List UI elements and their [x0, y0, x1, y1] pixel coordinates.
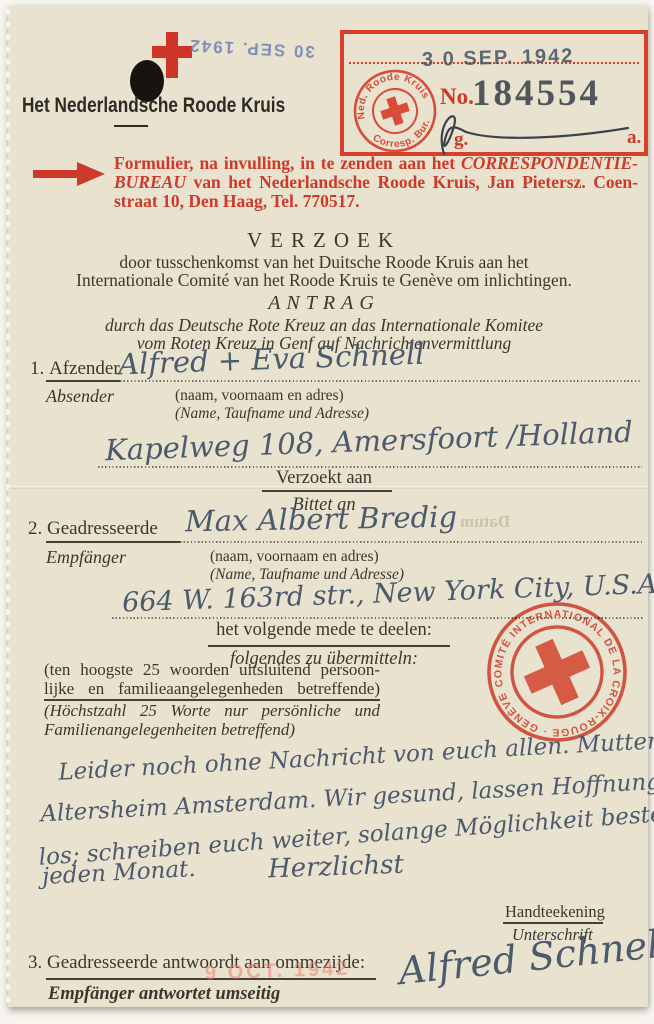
- word-limit-note-nl: (ten hoogste 25 woorden uitsluitend pers…: [44, 661, 380, 698]
- sender-hint-nl: (naam, voornaam en adres): [175, 387, 344, 405]
- addressee-row-label: 2. Geadresseerde: [28, 518, 158, 540]
- word-limit-nl-line2: lijke en familieaangelegenheden betreffe…: [44, 680, 380, 699]
- signature-label-nl: Handteekening: [505, 902, 605, 922]
- addressee-number: 2.: [28, 518, 42, 539]
- sender-row-label: 1. Afzender: [30, 358, 120, 380]
- addressee-name-handwritten: Max Albert Bredig: [185, 500, 458, 539]
- word-limit-de-line2: Familienangelegenheiten betreffend): [44, 721, 380, 740]
- registration-stamp-box: 3 0 SEP. 1942 Ned. Roode Kruis Corresp. …: [340, 30, 648, 156]
- forwarding-notice-line1: Formulier, na invulling, in te zenden aa…: [114, 154, 638, 173]
- forwarding-notice: Formulier, na invulling, in te zenden aa…: [114, 154, 638, 211]
- word-limit-nl-line1: (ten hoogste 25 woorden uitsluitend pers…: [44, 661, 380, 680]
- sender-number: 1.: [30, 358, 44, 379]
- message-closing: Herzlichst: [268, 850, 405, 885]
- convey-heading-underline: [208, 645, 450, 647]
- addressee-label-de: Empfänger: [46, 547, 126, 568]
- forwarding-notice-line2: BUREAU van het Nederlandsche Roode Kruis…: [114, 173, 638, 192]
- notice-emphasis: BUREAU: [114, 172, 186, 192]
- word-limit-de-line1: (Höchstzahl 25 Worte nur persönliche und: [44, 702, 380, 721]
- sender-hint-de: (Name, Taufname und Adresse): [175, 405, 369, 423]
- showthrough-datum: Datum: [460, 512, 510, 532]
- sender-label-underline: [46, 380, 120, 382]
- title-rule: [114, 125, 148, 127]
- sender-label-de: Absender: [46, 386, 114, 407]
- sender-name-dotted-line: [120, 380, 642, 382]
- organization-title: Het Nederlandsche Roode Kruis: [22, 94, 285, 118]
- signature-label-rule: [503, 922, 603, 924]
- addressee-hint-nl: (naam, voornaam en adres): [210, 548, 379, 566]
- antrag-heading: ANTRAG: [8, 292, 640, 315]
- request-heading-underline: [262, 490, 392, 492]
- word-limit-note-de: (Höchstzahl 25 Worte nur persönliche und…: [44, 702, 380, 739]
- fold-crease: [8, 486, 648, 489]
- notice-text: van het Nederlandsche Roode Kruis, Jan P…: [186, 172, 638, 192]
- photo-background: 30 SEP. 1942 Het Nederlandsche Roode Kru…: [0, 0, 654, 1024]
- notice-emphasis: CORRESPONDENTIE-: [461, 153, 638, 173]
- forwarding-notice-line3: straat 10, Den Haag, Tel. 770517.: [114, 192, 638, 211]
- reply-label-de: Empfänger antwortet umseitig: [48, 984, 280, 1005]
- addressee-label-underline: [46, 541, 180, 543]
- red-arrow-right-icon: [33, 161, 105, 187]
- addressee-name-dotted-line: [180, 541, 644, 543]
- reply-number: 3.: [28, 952, 42, 973]
- clerk-paraph-signature: [428, 102, 642, 160]
- notice-text: Formulier, na invulling, in te zenden aa…: [114, 153, 461, 173]
- verzoek-subline-2: Internationale Comité van het Roode Krui…: [8, 270, 640, 291]
- box-date-stamp: 3 0 SEP. 1942: [422, 45, 575, 72]
- sender-label-nl: Afzender: [49, 358, 120, 379]
- verzoek-heading: VERZOEK: [8, 228, 640, 253]
- addressee-label-nl: Geadresseerde: [47, 518, 158, 539]
